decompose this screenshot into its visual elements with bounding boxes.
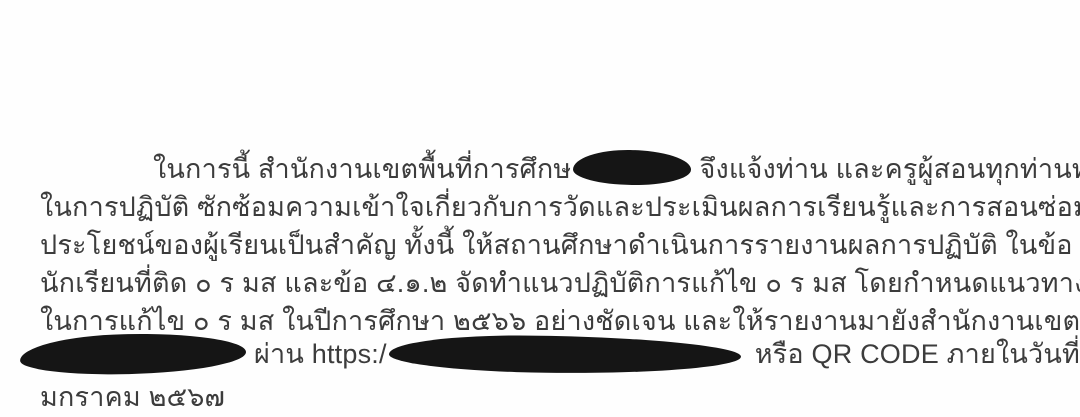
redaction-office-name [20,331,247,377]
line6-text-url-prefix: ผ่าน https:/ [254,335,387,373]
line1-text-after-redaction: จึงแจ้งท่าน และครูผู้สอนทุกท่านทราบแนวทา… [699,154,1080,184]
paragraph-line-4: นักเรียนที่ติด ๐ ร มส และข้อ ๔.๑.๒ จัดทำ… [40,264,1020,302]
paragraph-line-6: ผ่าน https:/ หรือ QR CODE ภายในวันที่ ๑๕ [20,334,1020,374]
redaction-district-name [573,150,691,187]
paragraph-line-7-date: มกราคม ๒๕๖๗ [40,378,1020,416]
paragraph-line-2: ในการปฏิบัติ ซักซ้อมความเข้าใจเกี่ยวกับก… [40,188,1020,226]
scanned-letter-page: ในการนี้ สำนักงานเขตพื้นที่การศึกษจึงแจ้… [0,0,1080,417]
line6-text-after-redaction: หรือ QR CODE ภายในวันที่ ๑๕ [755,335,1080,373]
line1-text-before-redaction: ในการนี้ สำนักงานเขตพื้นที่การศึกษ [153,154,571,184]
redaction-url [388,333,740,374]
paragraph-line-1: ในการนี้ สำนักงานเขตพื้นที่การศึกษจึงแจ้… [40,150,1020,188]
paragraph-line-3: ประโยชน์ของผู้เรียนเป็นสำคัญ ทั้งนี้ ให้… [40,226,1020,264]
